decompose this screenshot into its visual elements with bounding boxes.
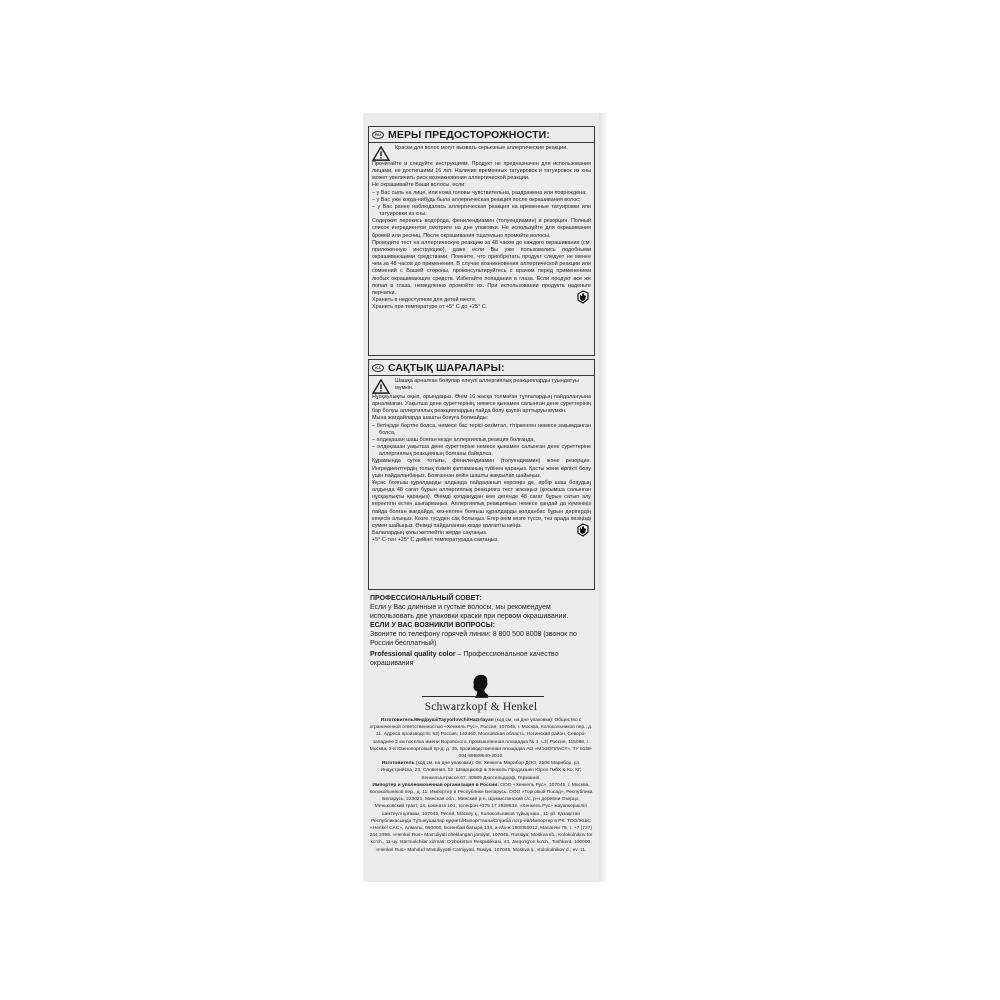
importer-info: Импортер и уполномоченная организация в … [369, 783, 592, 853]
ru-condition-item: – у Вас сыпь на лице, или кожа головы чу… [372, 190, 591, 197]
kz-do-not-color-heading: Мына жағдайларда шашты бояуға болмайды: [372, 415, 591, 422]
manufacturer2-info: Изготовитель (код см. на дне упаковки): … [381, 761, 582, 780]
manufacturer-text: (код см. на дне упаковки): Общество с ог… [370, 718, 593, 759]
kz-precautions-box: KZ САҚТЫҚ ШАРАЛАРЫ: Шашқа арналған бояул… [368, 359, 595, 590]
packaging-panel: RU МЕРЫ ПРЕДОСТОРОЖНОСТИ: Краски для вол… [363, 113, 599, 882]
glove-protection-icon [576, 290, 590, 304]
pro-advice-text: Если у Вас длинные и густые волосы, мы р… [370, 603, 595, 621]
quality-line: Professional quality color – Профессиона… [370, 650, 595, 668]
kz-storage-temperature: +5° С-тен +25° С дейінгі температурада с… [372, 537, 591, 544]
kz-precautions-body: Шашқа арналған бояулар елеулі аллергиялы… [369, 376, 594, 546]
ru-precautions-header: RU МЕРЫ ПРЕДОСТОРОЖНОСТИ: [369, 127, 594, 143]
ru-precautions-body: Краски для волос могут вызвать серьезные… [369, 143, 594, 313]
kz-condition-item: – әлдеқашан уақытша дене суреттеріне нем… [372, 444, 591, 458]
kz-precautions-title: САҚТЫҚ ШАРАЛАРЫ: [388, 362, 505, 374]
brand-name: Schwarzkopf & Henkel [363, 701, 599, 713]
advice-block: ПРОФЕССИОНАЛЬНЫЙ СОВЕТ: Если у Вас длинн… [370, 594, 595, 668]
ru-storage-temperature: Хранить при температуре от +5° С до +25°… [372, 304, 591, 311]
panel-edge-shadow [599, 113, 609, 882]
ru-test-text: Проводите тест на аллергическую реакцию … [372, 240, 591, 297]
kz-allergy-warning: Шашқа арналған бояулар елеулі аллергиялы… [395, 378, 591, 392]
importer-text: ООО «Хенкель Рус», 107045, г. Москва, Ко… [369, 783, 592, 853]
ru-storage-children: Хранить в недоступном для детей месте. [372, 297, 591, 304]
ru-condition-item: – у Вас уже когда-нибудь была аллергичес… [372, 197, 591, 204]
logo-line-right [486, 696, 544, 697]
legal-info: Изготовитель/Өндіруші/Tayyorlovchi/Hazır… [369, 717, 593, 854]
ru-condition-item: – у Вас ранее наблюдалась аллергическая … [372, 204, 591, 218]
ru-precautions-box: RU МЕРЫ ПРЕДОСТОРОЖНОСТИ: Краски для вол… [368, 126, 595, 356]
kz-precautions-header: KZ САҚТЫҚ ШАРАЛАРЫ: [369, 360, 594, 376]
logo-line-left [422, 696, 480, 697]
manufacturer2-label: Изготовитель [382, 761, 415, 766]
kz-test-text: Ұқсас бояғыш құралдарды алдында пайдалан… [372, 480, 591, 530]
brand-logo: Schwarzkopf & Henkel [363, 671, 599, 717]
glove-protection-icon [576, 523, 590, 537]
hotline-text: Звоните по телефону горячей линии: 8 800… [370, 630, 595, 648]
kz-condition-item: – бетіңізде бөртпе болса, немесе бас тер… [372, 423, 591, 437]
warning-triangle-icon [372, 146, 390, 161]
manufacturer-info: Изготовитель/Өндіруші/Tayyorlovchi/Hazır… [370, 718, 593, 759]
kz-condition-item: – әлдеқашан шаш бояған кезде аллергиялық… [372, 437, 591, 444]
pro-advice-heading: ПРОФЕССИОНАЛЬНЫЙ СОВЕТ: [370, 594, 595, 603]
kz-ingredients-text: Құрамында сутек тотығы, фенилендиамин (т… [372, 458, 591, 479]
lang-badge-ru: RU [372, 131, 384, 139]
quality-bold-label: Professional quality color [370, 651, 456, 658]
warning-triangle-icon [372, 379, 390, 394]
lang-badge-kz: KZ [372, 364, 384, 372]
ru-ingredients-text: Содержит перекись водорода, фенилендиами… [372, 218, 591, 239]
questions-heading: ЕСЛИ У ВАС ВОЗНИКЛИ ВОПРОСЫ: [370, 621, 595, 630]
ru-do-not-color-heading: Не окрашивайте Ваши волосы, если: [372, 182, 591, 189]
ru-intro-text: Прочитайте и следуйте инструкциям. Проду… [372, 161, 591, 182]
ru-precautions-title: МЕРЫ ПРЕДОСТОРОЖНОСТИ: [388, 129, 550, 141]
kz-intro-text: Нұсқаулықты оқып, орындаңыз. Өнім 16 жас… [372, 394, 591, 415]
manufacturer-label: Изготовитель/Өндіруші/Tayyorlovchi/Hazır… [381, 718, 494, 723]
importer-label: Импортер и уполномоченная организация в … [372, 783, 498, 788]
ru-allergy-warning: Краски для волос могут вызвать серьезные… [395, 145, 568, 152]
